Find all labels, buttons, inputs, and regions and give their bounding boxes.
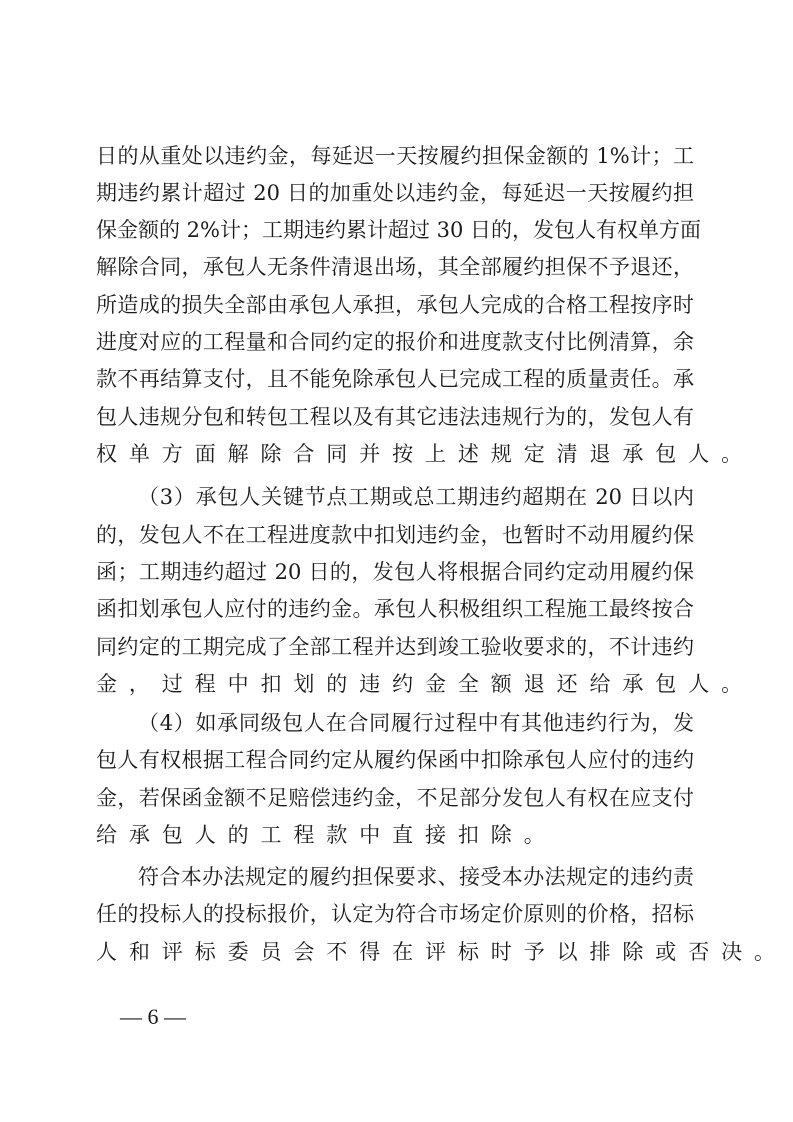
text-line: 包人违规分包和转包工程以及有其它违法违规行为的，发包人有: [96, 402, 694, 432]
document-page: 日的从重处以违约金，每延迟一天按履约担保金额的 1%计；工 期违约累计超过 20…: [0, 0, 793, 1122]
text-line: 所造成的损失全部由承包人承担，承包人完成的合格工程按序时: [96, 290, 694, 320]
text-line: 金，若保函金额不足赔偿违约金，不足部分发包人有权在应支付: [96, 783, 694, 813]
text-line: 符合本办法规定的履约担保要求、接受本办法规定的违约责: [138, 862, 694, 892]
text-line: 同约定的工期完成了全部工程并达到竣工验收要求的，不计违约: [96, 632, 694, 662]
text-line: （4）如承同级包人在合同履行过程中有其他违约行为，发: [138, 708, 694, 738]
text-line: 保金额的 2%计；工期违约累计超过 30 日的，发包人有权单方面: [96, 215, 694, 245]
text-line: 函；工期违约超过 20 日的，发包人将根据合同约定动用履约保: [96, 557, 694, 587]
text-line: （3）承包人关键节点工期或总工期违约超期在 20 日以内: [138, 482, 694, 512]
text-line: 函扣划承包人应付的违约金。承包人积极组织工程施工最终按合: [96, 594, 694, 624]
text-line: 包人有权根据工程合同约定从履约保函中扣除承包人应付的违约: [96, 745, 694, 775]
text-line: 期违约累计超过 20 日的加重处以违约金，每延迟一天按履约担: [96, 178, 694, 208]
text-line: 日的从重处以违约金，每延迟一天按履约担保金额的 1%计；工: [96, 141, 694, 171]
page-number: — 6 —: [120, 1003, 186, 1031]
text-line: 权单方面解除合同并按上述规定清退承包人。: [96, 439, 694, 469]
text-line: 款不再结算支付，且不能免除承包人已完成工程的质量责任。承: [96, 364, 694, 394]
text-line: 人和评标委员会不得在评标时予以排除或否决。: [96, 937, 694, 967]
text-line: 给承包人的工程款中直接扣除。: [96, 820, 694, 850]
text-line: 解除合同，承包人无条件清退出场，其全部履约担保不予退还，: [96, 252, 694, 282]
text-line: 的，发包人不在工程进度款中扣划违约金，也暂时不动用履约保: [96, 520, 694, 550]
text-line: 任的投标人的投标报价，认定为符合市场定价原则的价格，招标: [96, 899, 694, 929]
text-line: 金，过程中扣划的违约金全额退还给承包人。: [96, 669, 694, 699]
text-line: 进度对应的工程量和合同约定的报价和进度款支付比例清算，余: [96, 327, 694, 357]
